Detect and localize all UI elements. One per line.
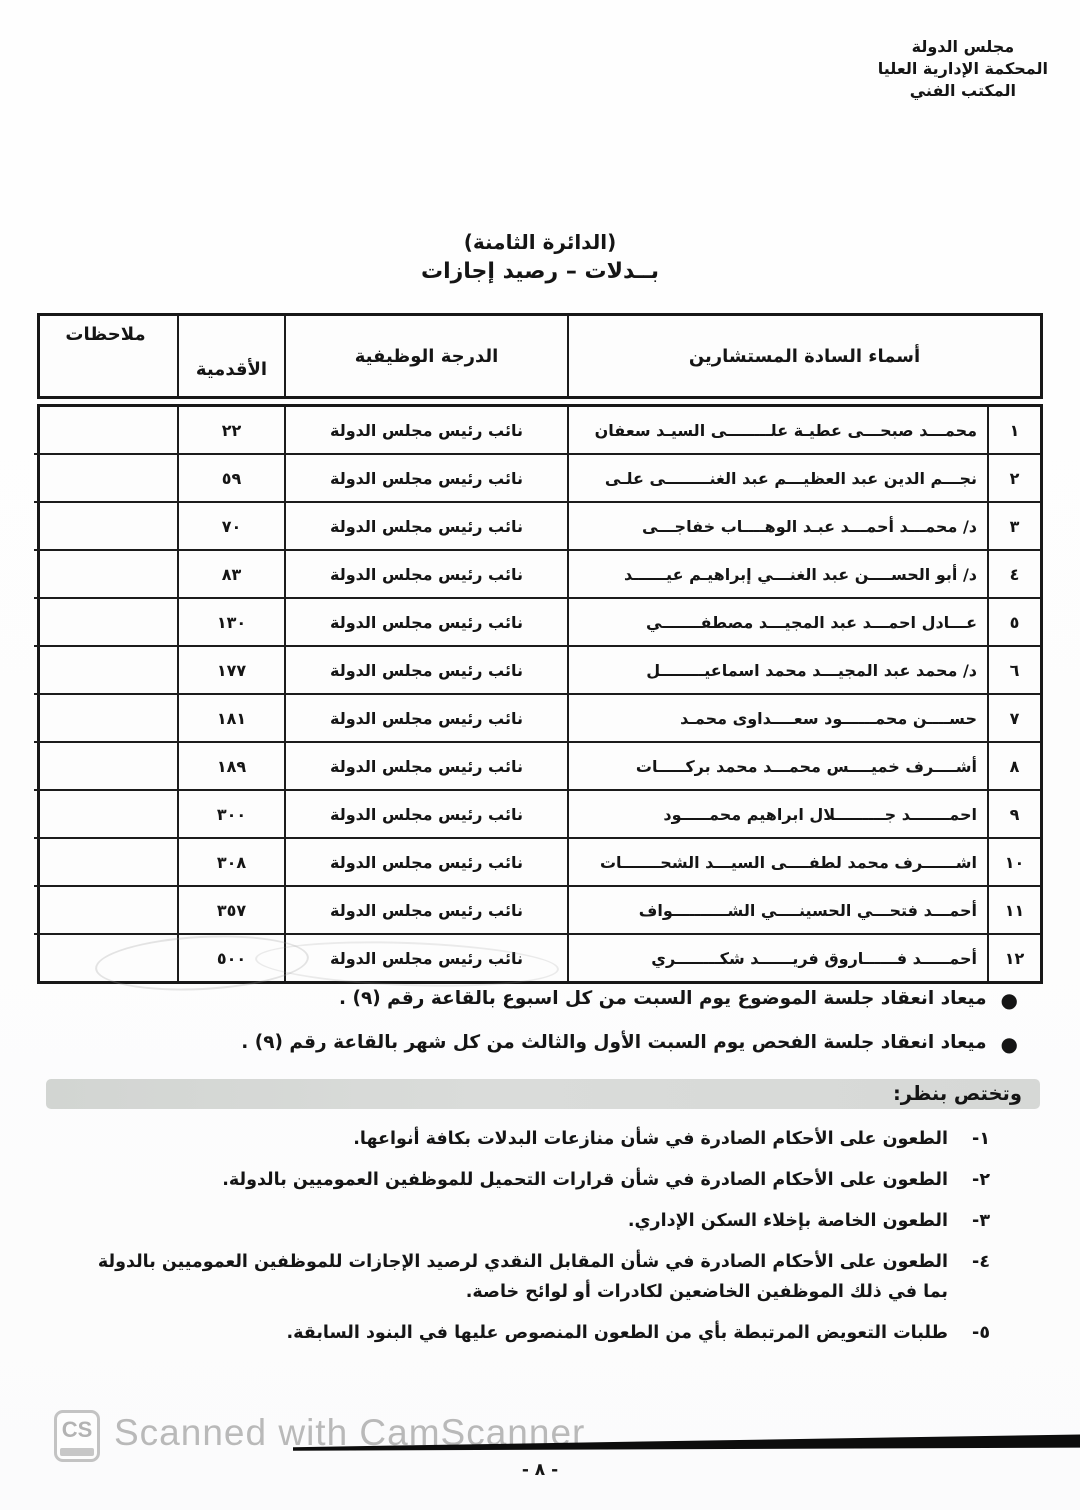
row-number-cell: ١٠ xyxy=(987,837,1040,885)
seniority-cell: ٢٢ xyxy=(177,407,284,453)
row-number-cell: ٩ xyxy=(987,789,1040,837)
notes-cell xyxy=(34,407,177,453)
consultant-name-cell: عـــادل احمـــد عبد المجيـــد مصطفــــــ… xyxy=(567,597,987,645)
letterhead-line-court: المحكمة الإدارية العليا xyxy=(878,58,1048,80)
job-grade-cell: نائب رئيس مجلس الدولة xyxy=(284,501,567,549)
bullet-icon: ● xyxy=(1001,988,1018,1012)
session-schedule-text: ميعاد انعقاد جلسة الموضوع يوم السبت من ك… xyxy=(339,988,987,1009)
jurisdiction-item-number: ٥- xyxy=(948,1318,990,1348)
job-grade-cell: نائب رئيس مجلس الدولة xyxy=(284,453,567,501)
notes-cell xyxy=(34,645,177,693)
jurisdiction-heading: وتختص بنظر: xyxy=(893,1082,1022,1105)
seniority-cell: ٣٥٧ xyxy=(177,885,284,933)
jurisdiction-item-number: ٣- xyxy=(948,1206,990,1236)
document-title: (الدائرة الثامنة) بــدلات – رصيد إجازات xyxy=(0,230,1080,284)
seniority-cell: ١٧٧ xyxy=(177,645,284,693)
column-header-grade: الدرجة الوظيفية xyxy=(284,316,567,396)
row-number-cell: ٨ xyxy=(987,741,1040,789)
jurisdiction-item: ٤- الطعون على الأحكام الصادرة في شأن الم… xyxy=(82,1247,990,1307)
letterhead-line-council: مجلس الدولة xyxy=(878,36,1048,58)
notes-cell xyxy=(34,549,177,597)
notes-cell xyxy=(34,453,177,501)
session-schedule-text: ميعاد انعقاد جلسة الفحص يوم السبت الأول … xyxy=(241,1032,986,1053)
notes-cell xyxy=(34,741,177,789)
seniority-cell: ٧٠ xyxy=(177,501,284,549)
row-number-cell: ١ xyxy=(987,407,1040,453)
subject-title: بــدلات – رصيد إجازات xyxy=(0,259,1080,284)
row-number-cell: ٧ xyxy=(987,693,1040,741)
jurisdiction-item: ١- الطعون على الأحكام الصادرة في شأن منا… xyxy=(82,1124,990,1154)
job-grade-cell: نائب رئيس مجلس الدولة xyxy=(284,597,567,645)
jurisdiction-item-text: الطعون الخاصة بإخلاء السكن الإداري. xyxy=(82,1206,948,1236)
row-number-cell: ١١ xyxy=(987,885,1040,933)
camscanner-logo-icon: CS xyxy=(54,1410,100,1462)
seniority-cell: ٨٣ xyxy=(177,549,284,597)
seniority-cell: ١٣٠ xyxy=(177,597,284,645)
highlight-band xyxy=(46,1079,1040,1109)
letterhead: مجلس الدولة المحكمة الإدارية العليا المك… xyxy=(878,36,1048,102)
jurisdiction-item-text: الطعون على الأحكام الصادرة في شأن المقاب… xyxy=(82,1247,948,1307)
job-grade-cell: نائب رئيس مجلس الدولة xyxy=(284,693,567,741)
job-grade-cell: نائب رئيس مجلس الدولة xyxy=(284,645,567,693)
consultants-table: أسماء السادة المستشارين الدرجة الوظيفية … xyxy=(37,313,1043,984)
table-header-row: أسماء السادة المستشارين الدرجة الوظيفية … xyxy=(37,313,1043,399)
notes-cell xyxy=(34,693,177,741)
job-grade-cell: نائب رئيس مجلس الدولة xyxy=(284,549,567,597)
table-body: ١ محمـــد صبحـــى عطيـة علــــــــى السي… xyxy=(37,404,1043,984)
consultant-name-cell: د/ محمد عبد المجيـــد محمد اسماعيـــــــ… xyxy=(567,645,987,693)
job-grade-cell: نائب رئيس مجلس الدولة xyxy=(284,407,567,453)
consultant-name-cell: د/ محمـــد أحمـــد عبـد الوهــــاب خفاجـ… xyxy=(567,501,987,549)
row-number-cell: ٢ xyxy=(987,453,1040,501)
consultant-name-cell: أشــــرف خميــــس محمـــد محمد بركـــــا… xyxy=(567,741,987,789)
row-number-cell: ٤ xyxy=(987,549,1040,597)
session-schedule-item: ● ميعاد انعقاد جلسة الفحص يوم السبت الأو… xyxy=(58,1032,1018,1056)
jurisdiction-item: ٥- طلبات التعويض المرتبطة بأي من الطعون … xyxy=(82,1318,990,1348)
notes-cell xyxy=(34,501,177,549)
jurisdiction-item: ٣- الطعون الخاصة بإخلاء السكن الإداري. xyxy=(82,1206,990,1236)
job-grade-cell: نائب رئيس مجلس الدولة xyxy=(284,885,567,933)
jurisdiction-item-number: ٢- xyxy=(948,1165,990,1195)
circuit-title: (الدائرة الثامنة) xyxy=(0,230,1080,254)
letterhead-line-office: المكتب الفني xyxy=(878,80,1048,102)
page-number: - ٨ - xyxy=(0,1460,1080,1480)
seniority-cell: ١٨٩ xyxy=(177,741,284,789)
job-grade-cell: نائب رئيس مجلس الدولة xyxy=(284,837,567,885)
seniority-cell: ٣٠٨ xyxy=(177,837,284,885)
row-number-cell: ١٢ xyxy=(987,933,1040,981)
seniority-cell: ٣٠٠ xyxy=(177,789,284,837)
jurisdiction-item-number: ١- xyxy=(948,1124,990,1154)
bullet-icon: ● xyxy=(1001,1032,1018,1056)
consultant-name-cell: نجـــم الدين عبد العظيـــم عبد الغنـــــ… xyxy=(567,453,987,501)
jurisdiction-item: ٢- الطعون على الأحكام الصادرة في شأن قرا… xyxy=(82,1165,990,1195)
notes-cell xyxy=(34,597,177,645)
job-grade-cell: نائب رئيس مجلس الدولة xyxy=(284,741,567,789)
column-header-notes: ملاحظات xyxy=(34,316,177,396)
consultant-name-cell: أحمـــد فتحـــي الحسينــــي الشـــــــــ… xyxy=(567,885,987,933)
row-number-cell: ٦ xyxy=(987,645,1040,693)
row-number-cell: ٣ xyxy=(987,501,1040,549)
session-schedule-item: ● ميعاد انعقاد جلسة الموضوع يوم السبت من… xyxy=(58,988,1018,1012)
job-grade-cell: نائب رئيس مجلس الدولة xyxy=(284,789,567,837)
notes-cell xyxy=(34,885,177,933)
jurisdiction-item-text: طلبات التعويض المرتبطة بأي من الطعون الم… xyxy=(82,1318,948,1348)
seniority-cell: ٥٩ xyxy=(177,453,284,501)
row-number-cell: ٥ xyxy=(987,597,1040,645)
consultant-name-cell: محمـــد صبحـــى عطيـة علــــــــى السيـد… xyxy=(567,407,987,453)
consultant-name-cell: أحمـــــد فــــــاروق فريــــــد شكـــــ… xyxy=(567,933,987,981)
jurisdiction-item-text: الطعون على الأحكام الصادرة في شأن قرارات… xyxy=(82,1165,948,1195)
consultant-name-cell: د/ أبو الحســــن عبد الغنـــي إبراهيـم ع… xyxy=(567,549,987,597)
seniority-cell: ١٨١ xyxy=(177,693,284,741)
session-schedule-list: ● ميعاد انعقاد جلسة الموضوع يوم السبت من… xyxy=(58,988,1018,1076)
consultant-name-cell: حســــن محمــــــود سعــــداوى محمـد xyxy=(567,693,987,741)
consultant-name-cell: احمـــــــد جـــــــــلال ابراهيم محمـــ… xyxy=(567,789,987,837)
jurisdiction-item-text: الطعون على الأحكام الصادرة في شأن منازعا… xyxy=(82,1124,948,1154)
jurisdiction-list: ١- الطعون على الأحكام الصادرة في شأن منا… xyxy=(82,1124,990,1359)
jurisdiction-item-number: ٤- xyxy=(948,1247,990,1277)
column-header-seniority: الأقدمية xyxy=(177,316,284,396)
consultant-name-cell: اشــــــرف محمد لطفــــى السيـــد الشحــ… xyxy=(567,837,987,885)
notes-cell xyxy=(34,789,177,837)
scanned-document-page: مجلس الدولة المحكمة الإدارية العليا المك… xyxy=(0,0,1080,1510)
notes-cell xyxy=(34,837,177,885)
column-header-names: أسماء السادة المستشارين xyxy=(567,316,1040,396)
